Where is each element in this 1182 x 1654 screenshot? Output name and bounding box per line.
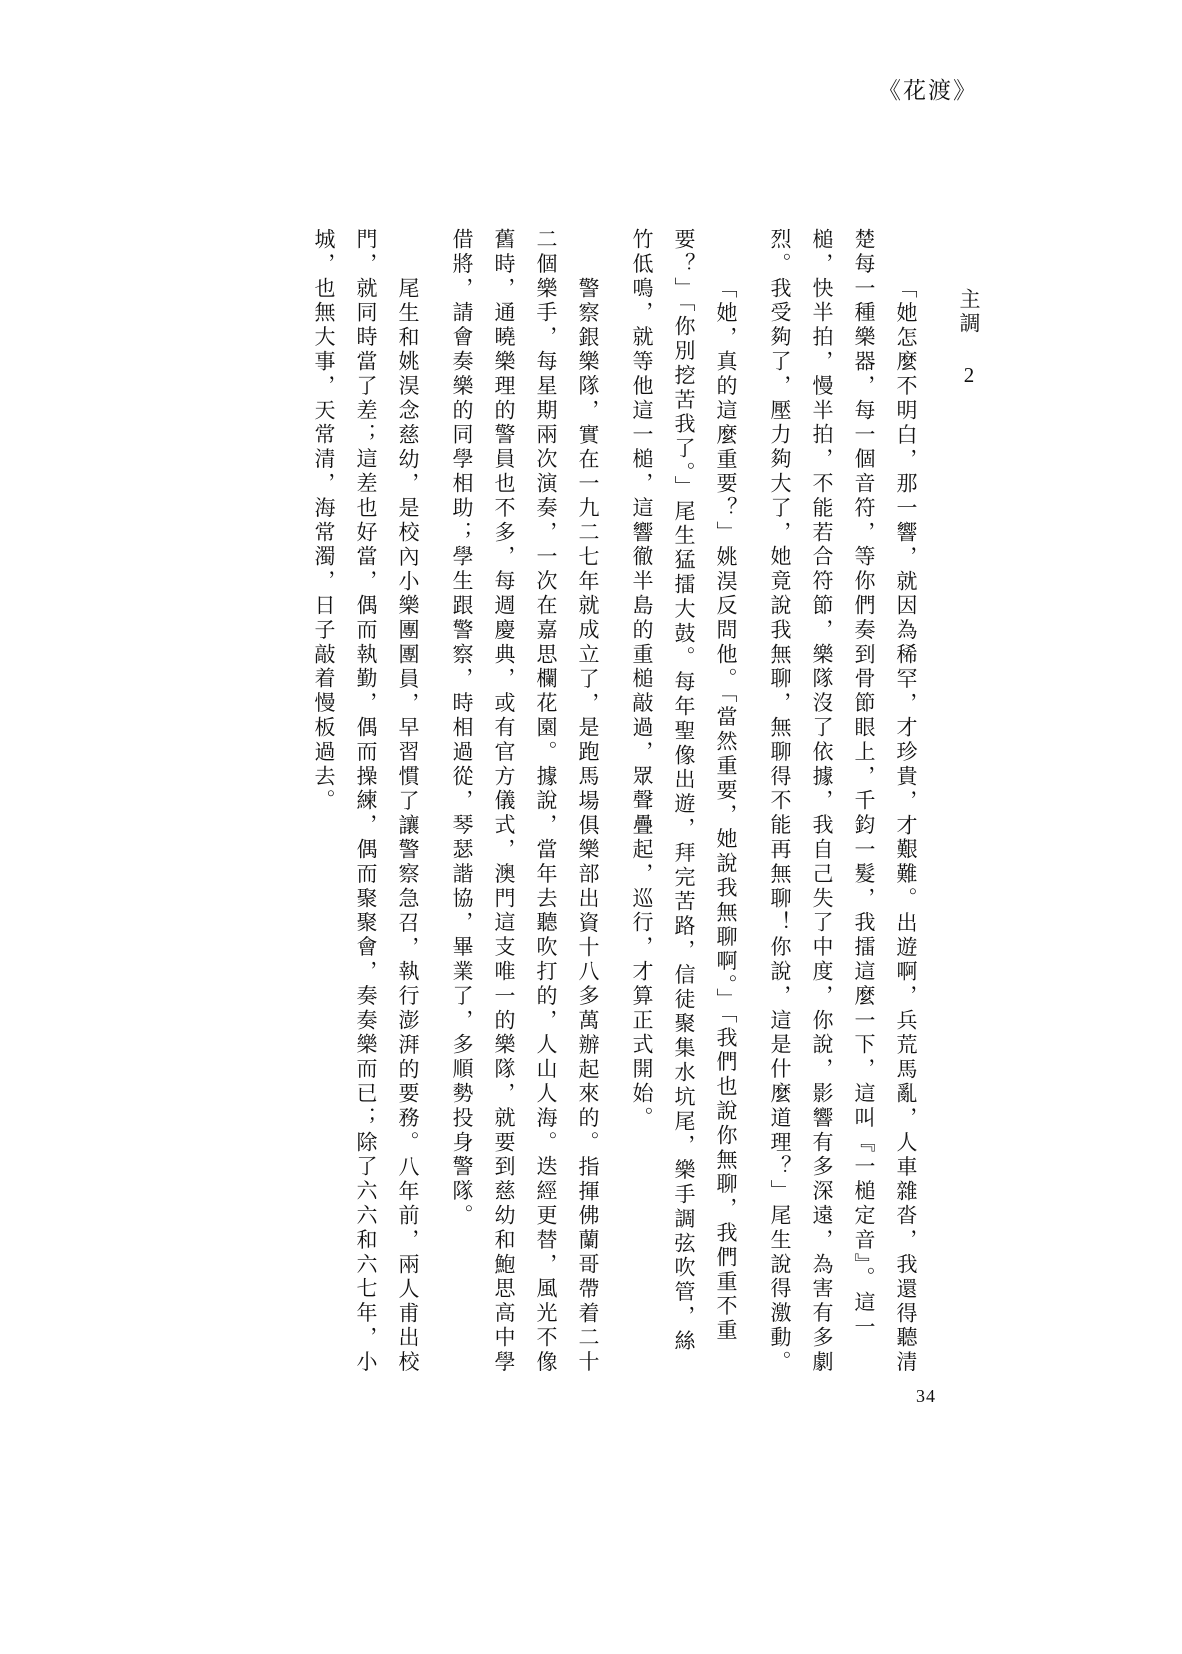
paragraph: 「她怎麼不明白，那一響，就因為稀罕，才珍貴，才艱難。出遊啊，兵荒馬亂，人車雜沓，… <box>759 228 927 1378</box>
body-text: 「她怎麼不明白，那一響，就因為稀罕，才珍貴，才艱難。出遊啊，兵荒馬亂，人車雜沓，… <box>303 228 927 1378</box>
book-page: 《花渡》 主調 2 「她怎麼不明白，那一響，就因為稀罕，才珍貴，才艱難。出遊啊，… <box>0 0 1182 1654</box>
paragraph: 尾生和姚淏念慈幼，是校內小樂團團員，早習慣了讓警察急召，執行澎湃的要務。八年前，… <box>303 228 429 1378</box>
book-title: 《花渡》 <box>878 72 978 105</box>
chapter-marker: 主調 2 <box>954 288 984 390</box>
page-number: 34 <box>916 1386 936 1407</box>
paragraph: 「她，真的這麼重要？」姚淏反問他。「當然重要，她說我無聊啊。」「我們也說你無聊，… <box>621 228 747 1378</box>
paragraph: 警察銀樂隊，實在一九二七年就成立了，是跑馬場俱樂部出資十八多萬辦起來的。指揮佛蘭… <box>441 228 609 1378</box>
